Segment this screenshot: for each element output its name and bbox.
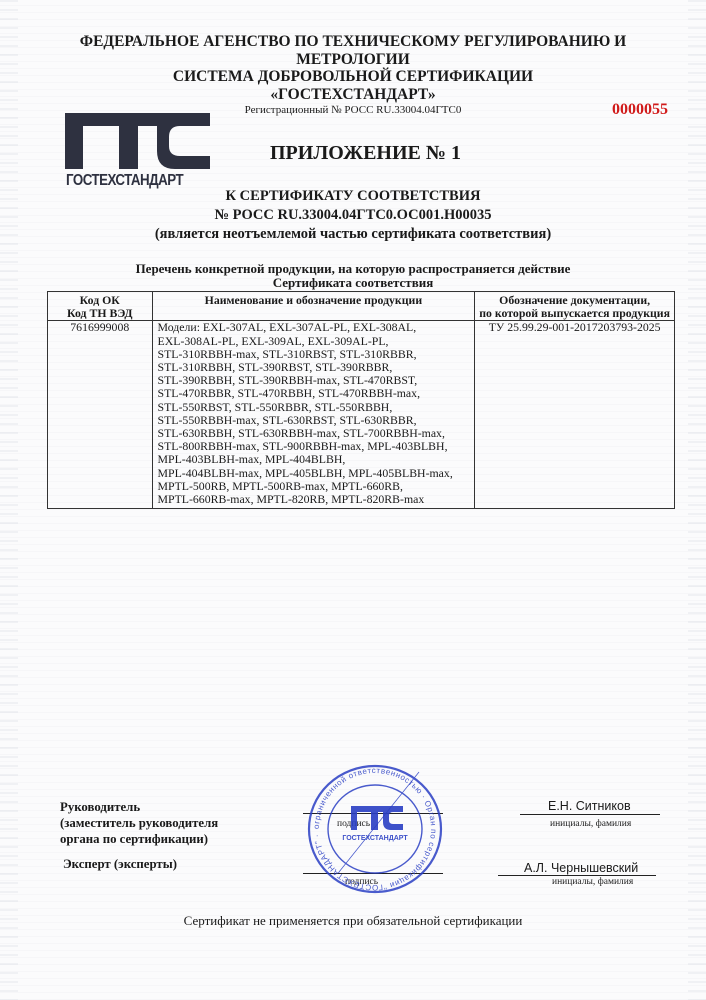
- security-border-right: [688, 0, 706, 1000]
- head-name-caption: инициалы, фамилия: [550, 819, 631, 829]
- product-table: Код ОК Код ТН ВЭД Наименование и обознач…: [47, 291, 675, 509]
- expert-name-caption: инициалы, фамилия: [552, 877, 633, 887]
- model-line: MPTL-660RB-max, MPTL-820RB, MPTL-820RB-m…: [158, 493, 471, 506]
- column-header-documentation: Обозначение документации, по которой вып…: [475, 292, 675, 321]
- expert-role: Эксперт (эксперты): [63, 857, 177, 872]
- column-header-product: Наименование и обозначение продукции: [152, 292, 475, 321]
- annex-to-certificate: К СЕРТИФИКАТУ СООТВЕТСТВИЯ: [0, 188, 706, 205]
- table-row: 7616999008Модели: EXL-307AL, EXL-307AL-P…: [48, 321, 675, 509]
- model-line: STL-550RBST, STL-550RBBR, STL-550RBBH,: [158, 401, 471, 414]
- product-list-title: Перечень конкретной продукции, на котору…: [0, 261, 706, 276]
- certificate-page: ФЕДЕРАЛЬНОЕ АГЕНСТВО ПО ТЕХНИЧЕСКОМУ РЕГ…: [0, 0, 706, 1000]
- organization-stamp-icon: ограниченной ответственностью · Орган по…: [299, 762, 451, 896]
- expert-name: А.Л. Чернышевский: [524, 861, 638, 875]
- column-header-code: Код ОК Код ТН ВЭД: [48, 292, 153, 321]
- model-line: MPL-404BLBH-max, MPL-405BLBH, MPL-405BLB…: [158, 467, 471, 480]
- footer-note: Сертификат не применяется при обязательн…: [0, 913, 706, 929]
- system-line: СИСТЕМА ДОБРОВОЛЬНОЙ СЕРТИФИКАЦИИ: [0, 68, 706, 86]
- model-line: Модели: EXL-307AL, EXL-307AL-PL, EXL-308…: [158, 321, 471, 334]
- serial-number: 0000055: [612, 101, 668, 119]
- expert-name-line: [498, 875, 656, 876]
- model-line: STL-470RBBR, STL-470RBBH, STL-470RBBH-ma…: [158, 387, 471, 400]
- head-name: Е.Н. Ситников: [548, 799, 631, 813]
- table-header-row: Код ОК Код ТН ВЭД Наименование и обознач…: [48, 292, 675, 321]
- head-role: Руководитель (заместитель руководителя о…: [60, 799, 218, 847]
- annex-title: ПРИЛОЖЕНИЕ № 1: [270, 142, 461, 165]
- model-line: MPL-403BLBH-max, MPL-404BLBH,: [158, 453, 471, 466]
- agency-line-1: ФЕДЕРАЛЬНОЕ АГЕНСТВО ПО ТЕХНИЧЕСКОМУ РЕГ…: [0, 33, 706, 51]
- security-border-left: [0, 0, 18, 1000]
- product-models: Модели: EXL-307AL, EXL-307AL-PL, EXL-308…: [152, 321, 475, 509]
- product-list-title-2: Сертификата соответствия: [0, 275, 706, 291]
- certificate-number: № РОСС RU.33004.04ГТС0.ОС001.Н00035: [0, 207, 706, 224]
- product-documentation: ТУ 25.99.29-001-2017203793-2025: [475, 321, 675, 509]
- system-name: «ГОСТЕХСТАНДАРТ»: [0, 86, 706, 104]
- product-code: 7616999008: [48, 321, 153, 509]
- svg-text:ГОСТЕХСТАНДАРТ: ГОСТЕХСТАНДАРТ: [342, 835, 408, 842]
- head-name-line: [520, 814, 660, 815]
- agency-line-2: МЕТРОЛОГИИ: [0, 51, 706, 69]
- model-line: EXL-308AL-PL, EXL-309AL, EXL-309AL-PL,: [158, 335, 471, 348]
- annex-note: (является неотъемлемой частью сертификат…: [0, 226, 706, 243]
